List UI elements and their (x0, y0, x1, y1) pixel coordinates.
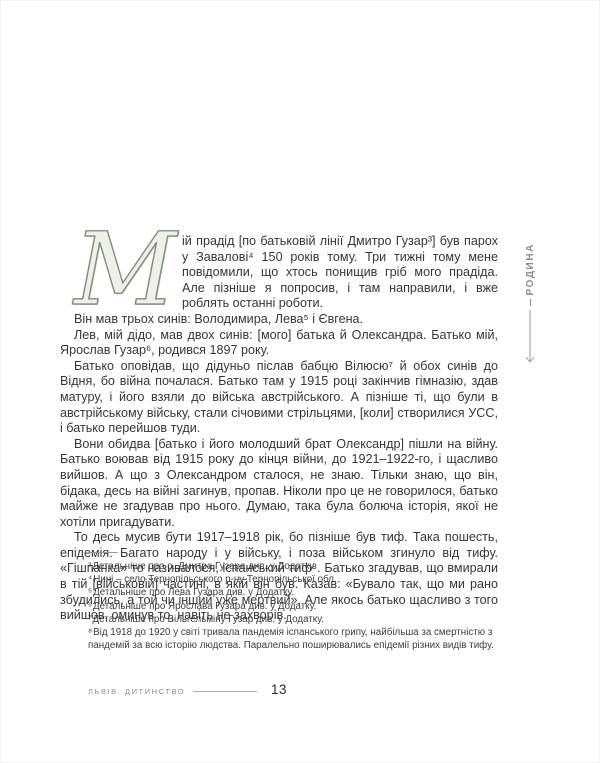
footnote-4: ⁴Нині – село Тернопільського р-ну Терноп… (88, 573, 498, 586)
footnote-8: ⁸Від 1918 до 1920 у світі тривала пандем… (88, 626, 498, 652)
footnote-8-text: Від 1918 до 1920 у світі тривала пандемі… (88, 627, 494, 651)
margin-tab-rodyna: РОДИНА (521, 243, 539, 364)
footnote-5-text: Детальніше про Лева Гузара див. у Додатк… (93, 587, 294, 598)
paragraph-4: Батько оповідав, що дідуньо післав бабцю… (60, 359, 498, 437)
paragraph-3: Лев, мій дідо, мав двох синів: [мого] ба… (60, 328, 498, 359)
page-number: 13 (60, 682, 498, 697)
footnote-7: ⁷Детальніше про Вільгельміну Гузар див. … (88, 613, 498, 626)
footnote-7-text: Детальніше про Вільгельміну Гузар див. у… (93, 614, 324, 625)
margin-tab-label: РОДИНА (525, 243, 536, 296)
dropcap-illustration: М (60, 234, 182, 310)
paragraph-1-text: ій прадід [по батьковій лінії Дмитро Гуз… (182, 234, 498, 310)
footnote-3-text: Детальніше про о. Дмитра Гузара див. у Д… (92, 561, 316, 572)
footnote-7-marker: ⁷ (88, 614, 92, 625)
footnote-6-text: Детальніше про Ярослава Гузара див. у До… (93, 601, 316, 612)
down-arrow-icon (524, 310, 536, 364)
paragraph-1: М ій прадід [по батьковій лінії Дмитро Г… (60, 234, 498, 312)
footnote-5: ⁵Детальніше про Лева Гузара див. у Додат… (88, 586, 498, 599)
footnote-5-marker: ⁵ (88, 587, 92, 598)
footnote-6-marker: ⁶ (88, 601, 92, 612)
footnotes-block: ³Детальніше про о. Дмитра Гузара див. у … (88, 552, 498, 652)
footnote-4-text: Нині – село Тернопільського р-ну Тернопі… (93, 574, 337, 585)
footnote-6: ⁶Детальніше про Ярослава Гузара див. у Д… (88, 600, 498, 613)
margin-tab-dash (530, 299, 531, 306)
footnote-3-marker: ³ (88, 561, 91, 572)
footnote-3: ³Детальніше про о. Дмитра Гузара див. у … (88, 560, 498, 573)
footnote-8-marker: ⁸ (88, 627, 92, 638)
paragraph-5: Вони обидва [батько і його молодший брат… (60, 437, 498, 531)
footnote-separator (88, 552, 118, 553)
book-page: М ій прадід [по батьковій лінії Дмитро Г… (0, 0, 600, 763)
dropcap-letter-M: М (74, 220, 176, 320)
footnote-4-marker: ⁴ (88, 574, 92, 585)
